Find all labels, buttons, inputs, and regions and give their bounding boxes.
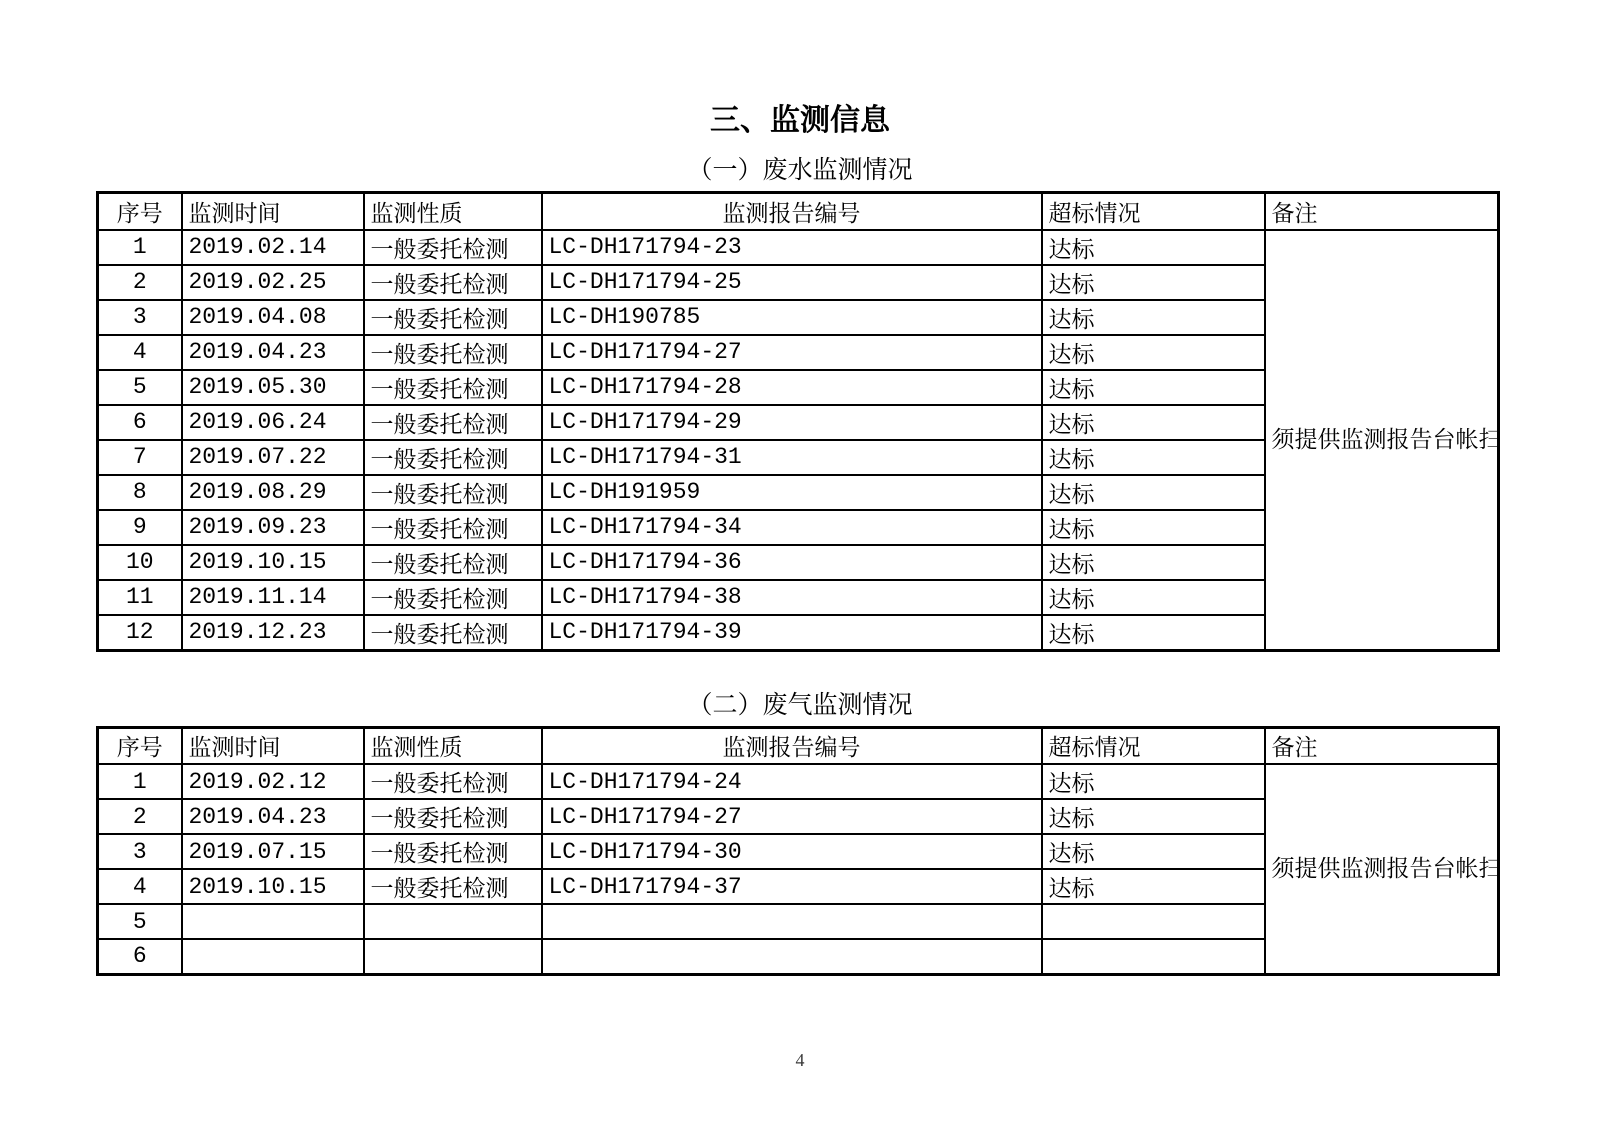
status-cell: 达标 <box>1042 440 1265 475</box>
serial-cell: 5 <box>98 904 182 939</box>
serial-cell: 1 <box>98 764 182 799</box>
nature-cell: 一般委托检测 <box>364 580 542 615</box>
serial-cell: 8 <box>98 475 182 510</box>
serial-cell: 2 <box>98 265 182 300</box>
date-cell: 2019.02.25 <box>182 265 364 300</box>
nature-cell: 一般委托检测 <box>364 265 542 300</box>
report-no-cell: LC-DH171794-34 <box>542 510 1042 545</box>
wastewater-monitoring-table: 序号监测时间监测性质监测报告编号超标情况备注12019.02.14一般委托检测L… <box>96 191 1500 652</box>
nature-cell: 一般委托检测 <box>364 440 542 475</box>
header-cell-2: 监测性质 <box>364 727 542 764</box>
wastewater-table-caption: （一）废水监测情况 <box>0 156 1600 186</box>
date-cell: 2019.06.24 <box>182 405 364 440</box>
nature-cell: 一般委托检测 <box>364 764 542 799</box>
report-no-cell <box>542 904 1042 939</box>
status-cell: 达标 <box>1042 405 1265 440</box>
serial-cell: 2 <box>98 799 182 834</box>
nature-cell: 一般委托检测 <box>364 869 542 904</box>
nature-cell: 一般委托检测 <box>364 834 542 869</box>
report-no-cell: LC-DH171794-39 <box>542 615 1042 651</box>
status-cell: 达标 <box>1042 370 1265 405</box>
remark-cell: 须提供监测报告台帐扫描件或照片（含验收监测、污染源监测、一般委托监测等报告） <box>1265 764 1499 974</box>
header-cell-4: 超标情况 <box>1042 727 1265 764</box>
status-cell: 达标 <box>1042 300 1265 335</box>
nature-cell: 一般委托检测 <box>364 300 542 335</box>
serial-cell: 3 <box>98 834 182 869</box>
nature-cell: 一般委托检测 <box>364 405 542 440</box>
serial-cell: 4 <box>98 335 182 370</box>
report-no-cell: LC-DH190785 <box>542 300 1042 335</box>
status-cell: 达标 <box>1042 265 1265 300</box>
serial-cell: 3 <box>98 300 182 335</box>
report-no-cell: LC-DH171794-25 <box>542 265 1042 300</box>
date-cell: 2019.09.23 <box>182 510 364 545</box>
status-cell: 达标 <box>1042 834 1265 869</box>
status-cell <box>1042 939 1265 974</box>
report-no-cell: LC-DH171794-36 <box>542 545 1042 580</box>
status-cell: 达标 <box>1042 545 1265 580</box>
header-cell-1: 监测时间 <box>182 193 364 230</box>
nature-cell: 一般委托检测 <box>364 475 542 510</box>
exhaust-gas-monitoring-table: 序号监测时间监测性质监测报告编号超标情况备注12019.02.12一般委托检测L… <box>96 726 1500 976</box>
date-cell: 2019.10.15 <box>182 869 364 904</box>
report-no-cell: LC-DH191959 <box>542 475 1042 510</box>
serial-cell: 6 <box>98 405 182 440</box>
status-cell: 达标 <box>1042 335 1265 370</box>
report-no-cell: LC-DH171794-29 <box>542 405 1042 440</box>
header-cell-5: 备注 <box>1265 193 1499 230</box>
serial-cell: 1 <box>98 230 182 265</box>
header-cell-3: 监测报告编号 <box>542 727 1042 764</box>
exhaust-gas-table-caption: （二）废气监测情况 <box>0 691 1600 721</box>
status-cell: 达标 <box>1042 869 1265 904</box>
serial-cell: 6 <box>98 939 182 974</box>
nature-cell: 一般委托检测 <box>364 615 542 651</box>
nature-cell: 一般委托检测 <box>364 545 542 580</box>
nature-cell <box>364 904 542 939</box>
serial-cell: 4 <box>98 869 182 904</box>
exhaust-gas-monitoring-section: （二）废气监测情况 序号监测时间监测性质监测报告编号超标情况备注12019.02… <box>0 691 1600 976</box>
report-no-cell: LC-DH171794-27 <box>542 799 1042 834</box>
date-cell: 2019.08.29 <box>182 475 364 510</box>
report-no-cell: LC-DH171794-30 <box>542 834 1042 869</box>
date-cell: 2019.12.23 <box>182 615 364 651</box>
report-no-cell: LC-DH171794-37 <box>542 869 1042 904</box>
nature-cell: 一般委托检测 <box>364 510 542 545</box>
status-cell: 达标 <box>1042 615 1265 651</box>
date-cell <box>182 904 364 939</box>
report-no-cell: LC-DH171794-28 <box>542 370 1042 405</box>
nature-cell: 一般委托检测 <box>364 335 542 370</box>
date-cell <box>182 939 364 974</box>
nature-cell: 一般委托检测 <box>364 799 542 834</box>
table-row: 12019.02.12一般委托检测LC-DH171794-24达标须提供监测报告… <box>98 764 1499 799</box>
status-cell: 达标 <box>1042 580 1265 615</box>
status-cell: 达标 <box>1042 764 1265 799</box>
serial-cell: 12 <box>98 615 182 651</box>
header-cell-5: 备注 <box>1265 727 1499 764</box>
nature-cell <box>364 939 542 974</box>
date-cell: 2019.07.22 <box>182 440 364 475</box>
status-cell: 达标 <box>1042 799 1265 834</box>
date-cell: 2019.02.12 <box>182 764 364 799</box>
header-cell-2: 监测性质 <box>364 193 542 230</box>
nature-cell: 一般委托检测 <box>364 230 542 265</box>
serial-cell: 10 <box>98 545 182 580</box>
header-cell-0: 序号 <box>98 193 182 230</box>
date-cell: 2019.10.15 <box>182 545 364 580</box>
page-number: 4 <box>0 1050 1600 1071</box>
report-no-cell: LC-DH171794-38 <box>542 580 1042 615</box>
header-cell-0: 序号 <box>98 727 182 764</box>
remark-cell: 须提供监测报告台帐扫描件或照片（含验收监测、污染源监测、一般委托监测等报告） <box>1265 230 1499 651</box>
date-cell: 2019.04.23 <box>182 335 364 370</box>
table-header-row: 序号监测时间监测性质监测报告编号超标情况备注 <box>98 193 1499 230</box>
serial-cell: 5 <box>98 370 182 405</box>
status-cell: 达标 <box>1042 510 1265 545</box>
wastewater-monitoring-section: （一）废水监测情况 序号监测时间监测性质监测报告编号超标情况备注12019.02… <box>0 156 1600 652</box>
header-cell-1: 监测时间 <box>182 727 364 764</box>
report-no-cell <box>542 939 1042 974</box>
serial-cell: 9 <box>98 510 182 545</box>
report-no-cell: LC-DH171794-23 <box>542 230 1042 265</box>
date-cell: 2019.07.15 <box>182 834 364 869</box>
page-title: 三、监测信息 <box>0 0 1600 140</box>
report-no-cell: LC-DH171794-27 <box>542 335 1042 370</box>
report-no-cell: LC-DH171794-31 <box>542 440 1042 475</box>
date-cell: 2019.05.30 <box>182 370 364 405</box>
serial-cell: 11 <box>98 580 182 615</box>
serial-cell: 7 <box>98 440 182 475</box>
table-header-row: 序号监测时间监测性质监测报告编号超标情况备注 <box>98 727 1499 764</box>
date-cell: 2019.11.14 <box>182 580 364 615</box>
header-cell-4: 超标情况 <box>1042 193 1265 230</box>
date-cell: 2019.04.23 <box>182 799 364 834</box>
table-row: 12019.02.14一般委托检测LC-DH171794-23达标须提供监测报告… <box>98 230 1499 265</box>
document-page: 三、监测信息 （一）废水监测情况 序号监测时间监测性质监测报告编号超标情况备注1… <box>0 0 1600 1132</box>
status-cell: 达标 <box>1042 230 1265 265</box>
report-no-cell: LC-DH171794-24 <box>542 764 1042 799</box>
status-cell: 达标 <box>1042 475 1265 510</box>
header-cell-3: 监测报告编号 <box>542 193 1042 230</box>
date-cell: 2019.02.14 <box>182 230 364 265</box>
nature-cell: 一般委托检测 <box>364 370 542 405</box>
date-cell: 2019.04.08 <box>182 300 364 335</box>
status-cell <box>1042 904 1265 939</box>
